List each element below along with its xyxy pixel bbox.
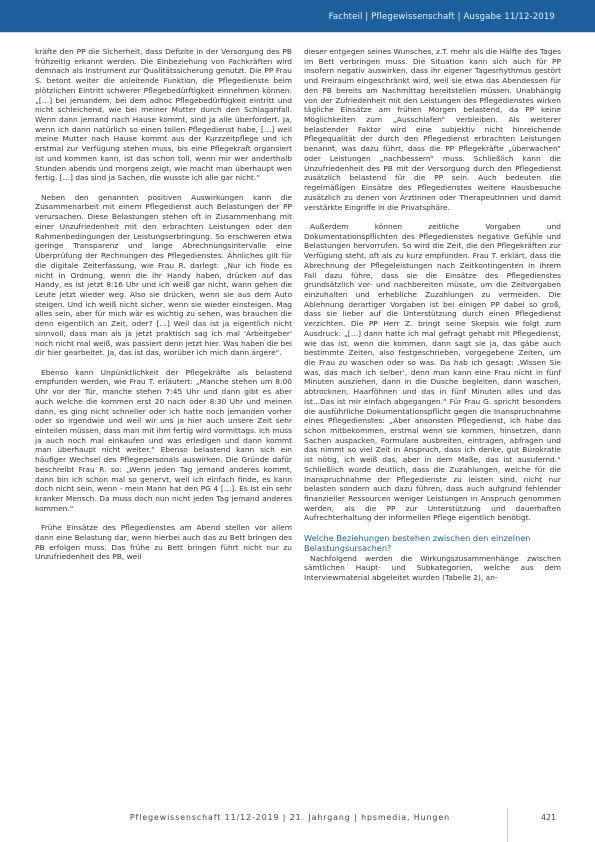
paragraph: dieser entgegen seines Wunsches, z.T. me… [304,47,561,212]
paragraph: kräfte den PP die Sicherheit, dass Defiz… [35,47,292,183]
page-footer: Pflegewissenschaft 11/12-2019 | 21. Jahr… [0,800,595,842]
footer-divider [507,808,508,842]
left-column: kräfte den PP die Sicherheit, dass Defiz… [35,47,292,572]
right-column: dieser entgegen seines Wunsches, z.T. me… [304,47,561,593]
page-number: 421 [541,813,556,822]
paragraph: Neben den genannten positiven Auswirkung… [35,193,292,358]
paragraph: Nachfolgend werden die Wirkungszusammenh… [304,554,561,583]
journal-citation: Pflegewissenschaft 11/12-2019 | 21. Jahr… [130,813,450,822]
paragraph: Außerdem können zeitliche Vorgaben und D… [304,222,561,523]
paragraph: Ebenso kann Unpünktlichkeit der Pflegekr… [35,368,292,514]
section-heading: Welche Beziehungen bestehen zwischen den… [304,533,561,554]
header-bar: Fachteil | Pflegewissenschaft | Ausgabe … [0,0,595,33]
paragraph: Frühe Einsätze des Pflegedienstes am Abe… [35,523,292,562]
issue-label: Fachteil | Pflegewissenschaft | Ausgabe … [329,12,555,22]
